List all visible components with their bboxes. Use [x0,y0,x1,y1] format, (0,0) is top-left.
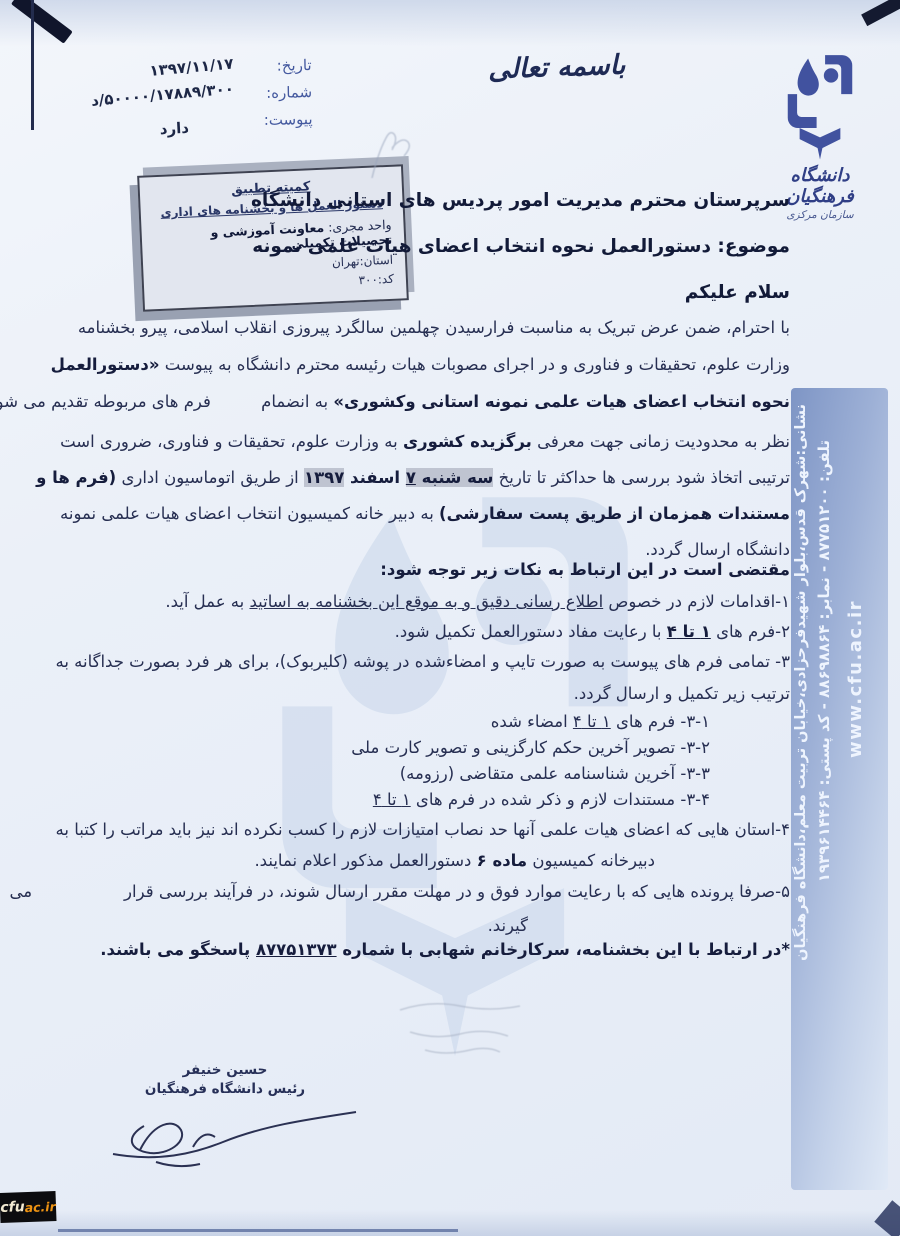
body-text-bold: *در ارتباط با این بخشنامه، سرکارخانم شها… [337,940,790,959]
date-value: ۱۳۹۷/۱۱/۱۷ [149,55,234,80]
body-text-bold: نحوه انتخاب اعضای هیات علمی نمونه استانی… [333,392,790,411]
notes-heading: مقتضی است در این ارتباط به نکات زیر توجه… [380,560,790,579]
body-text: فرم های مربوطه تقدیم می شود. [0,392,211,411]
body-text: به وزارت علوم، تحقیقات و فناوری، ضروری ا… [60,432,403,451]
body-text: دبیرخانه کمیسیون [527,851,655,870]
subject-line: موضوع: دستورالعمل نحوه انتخاب اعضای هیات… [252,236,790,257]
body-text-bold: برگزیده کشوری [403,432,532,451]
body-text-bold: پاسخگو می باشند. [100,940,256,959]
body-line-p2-4: دانشگاه ارسال گردد. [645,540,790,559]
body-text: دستورالعمل مذکور اعلام نمایند. [254,851,476,870]
date-label: تاریخ: [247,56,311,75]
article-6: ماده ۶ [477,851,527,870]
body-text: ۴-استان هایی که اعضای هیات علمی آنها حد … [56,820,790,839]
meta-row-attachment: پیوست: دارد [91,110,312,132]
note-item-3-cont: ترتیب زیر تکمیل و ارسال گردد. [574,684,790,703]
signer-name: حسین خنیفر [118,1062,332,1078]
note-item-1: ۱-اقدامات لازم در خصوص اطلاع رسانی دقیق … [165,592,790,611]
attachment-label: پیوست: [248,110,312,129]
salutation-line: سلام علیکم [685,282,790,303]
body-text: ۳-۱- فرم های [611,712,710,731]
subject-text: دستورالعمل نحوه انتخاب اعضای هیات علمی ن… [252,236,717,257]
scan-bottom-shading [0,1210,900,1236]
besmele-calligraphy: باسمه تعالی [488,50,626,86]
note-item-2: ۲-فرم های ۱ تا ۴ با رعایت مفاد دستورالعم… [395,622,790,641]
sidebar-address: نشانی:شهرک قدس،بلوار شهیدفرحزادی،خیابان … [793,404,809,961]
sub-item-3-3: ۳-۳- آخرین شناسنامه علمی متقاضی (رزومه) [400,764,710,783]
contact-phone-number: ۸۷۷۵۱۳۷۳ [256,940,337,959]
deadline-year: ۱۳۹۷ [304,468,344,487]
forms-range: ۱ تا ۴ [373,790,411,809]
body-text: ۳- تمامی فرم های پیوست به صورت تایپ و ام… [55,652,790,671]
letter-meta-block: تاریخ: ۱۳۹۷/۱۱/۱۷ شماره: ۵۰۰۰۰/۱۷۸۸۹/۳۰۰… [90,56,313,141]
forms-range: ۱ تا ۴ [573,712,611,731]
meta-row-number: شماره: ۵۰۰۰۰/۱۷۸۸۹/۳۰۰/د [91,83,312,105]
body-line-p2-3: مستندات همزمان از طریق پست سفارشی) به دب… [60,504,790,523]
body-text: ۳-۲- تصویر آخرین حکم کارگزینی و تصویر کا… [351,738,710,757]
number-value: ۵۰۰۰۰/۱۷۸۸۹/۳۰۰/د [90,79,234,109]
number-label: شماره: [248,83,312,102]
deadline-day-number: ۷ [406,468,416,487]
scan-edge-line-left [31,0,34,130]
handwritten-signature-icon [98,1092,368,1176]
deadline-day: سه شنبه [416,468,493,487]
body-text: امضاء شده [491,712,573,731]
body-line-p1-3: نحوه انتخاب اعضای هیات علمی نمونه استانی… [0,392,790,411]
body-text: ترتیب زیر تکمیل و ارسال گردد. [574,684,790,703]
scan-top-shading [0,0,900,46]
badge-cfu-text: cfu [0,1199,25,1216]
body-text: ۵-صرفا پرونده هایی که با رعایت موارد فوق… [124,882,790,901]
university-logo-subtitle: سازمان مرکزی [768,209,872,221]
body-text: نظر به محدودیت زمانی جهت معرفی [532,432,790,451]
forms-range: ۱ تا ۴ [667,622,711,641]
recipient-line: سرپرستان محترم مدیریت امور پردیس های است… [251,190,790,211]
sub-item-3-2: ۳-۲- تصویر آخرین حکم کارگزینی و تصویر کا… [351,738,710,757]
body-text: به دبیر خانه کمیسیون انتخاب اعضای هیات ع… [60,504,439,523]
sidebar-website: www.cfu.ac.ir [845,600,866,758]
university-logo-icon [777,147,863,166]
body-text: ترتیبی اتخاذ شود بررسی ها حداکثر تا تاری… [493,468,790,487]
body-line-p1-1: با احترام، ضمن عرض تبریک به مناسبت فرارس… [78,318,790,337]
body-text: وزارت علوم، تحقیقات و فناوری و در اجرای … [160,355,790,374]
handwriting-smudge-icon [380,992,540,1068]
body-text: با رعایت مفاد دستورالعمل تکمیل شود. [395,622,667,641]
body-text-bold: «دستورالعمل [51,355,160,374]
note-item-4: ۴-استان هایی که اعضای هیات علمی آنها حد … [56,820,790,839]
scan-bottom-edge-line [58,1229,458,1232]
contact-note: *در ارتباط با این بخشنامه، سرکارخانم شها… [100,940,790,959]
note-item-3: ۳- تمامی فرم های پیوست به صورت تایپ و ام… [55,652,790,671]
body-text: ۳-۴- مستندات لازم و ذکر شده در فرم های [411,790,710,809]
note-item-4-cont: دبیرخانه کمیسیون ماده ۶ دستورالعمل مذکور… [254,851,655,870]
body-text: به عمل آید. [165,592,249,611]
body-line-p1-2: وزارت علوم، تحقیقات و فناوری و در اجرای … [51,355,790,374]
deadline-month: اسفند [344,468,406,487]
body-line-p2-1: نظر به محدودیت زمانی جهت معرفی برگزیده ک… [60,432,790,451]
body-text-bold: (فرم ها و [36,468,116,487]
badge-domain-text: ac.ir [24,1199,56,1215]
body-text: به انضمام [256,392,333,411]
body-text: ۱-اقدامات لازم در خصوص [603,592,790,611]
body-text: می [9,882,32,901]
body-line-p2-2: ترتیبی اتخاذ شود بررسی ها حداکثر تا تاری… [36,468,790,487]
pen-smudge-icon [352,118,432,202]
body-text: از طریق اتوماسیون اداری [116,468,304,487]
note-item-5: ۵-صرفا پرونده هایی که با رعایت موارد فوق… [9,882,790,901]
meta-row-date: تاریخ: ۱۳۹۷/۱۱/۱۷ [90,56,311,78]
body-text-bold: مقتضی است در این ارتباط به نکات زیر توجه… [380,560,790,579]
attachment-value: دارد [159,119,189,139]
sub-item-3-4: ۳-۴- مستندات لازم و ذکر شده در فرم های ۱… [373,790,710,809]
body-text-bold: مستندات همزمان از طریق پست سفارشی) [439,504,790,523]
cfu-site-badge: cfuac.ir [0,1191,57,1223]
sidebar-contact: تلفن: ۸۷۷۵۱۲۰۰ - نمابر: ۸۸۶۹۸۸۶۴ - کد پس… [815,440,833,882]
note-item-5-cont: گیرند. [488,916,528,935]
body-text: دانشگاه ارسال گردد. [645,540,790,559]
body-text: ۳-۳- آخرین شناسنامه علمی متقاضی (رزومه) [400,764,710,783]
body-text-underline: اطلاع رسانی دقیق و به موقع این بخشنامه ب… [249,592,603,611]
body-text: با احترام، ضمن عرض تبریک به مناسبت فرارس… [78,318,790,337]
subject-label: موضوع: [717,236,790,257]
body-text: گیرند. [488,916,528,935]
body-text: ۲-فرم های [711,622,790,641]
scanned-letter-page: باسمه تعالی دانشگاه فرهنگیان سازمان مرکز… [0,0,900,1236]
sub-item-3-1: ۳-۱- فرم های ۱ تا ۴ امضاء شده [491,712,710,731]
